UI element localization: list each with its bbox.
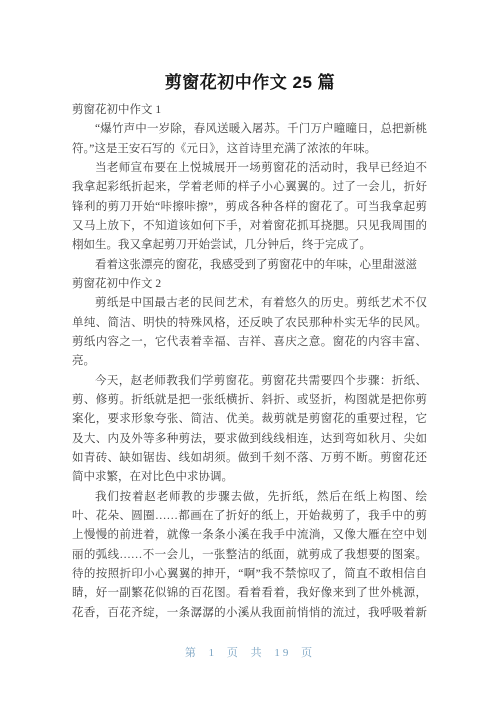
document-title: 剪窗花初中作文 25 篇: [0, 71, 500, 95]
text-line: 如青砖、缺如锯齿、线如胡须。做到千刻不落、万剪不断。剪窗花还需要色彩: [72, 449, 427, 468]
text-line: 栩如生。我又拿起剪刀开始尝试，几分钟后，终于完成了。: [72, 236, 427, 255]
text-line: 待的按照折印小心翼翼的抻开，“啊”我不禁惊叹了，简直不敢相信自己的眼: [72, 565, 427, 584]
essay-body: 剪窗花初中作文 1“爆竹声中一岁除，春风送暖入屠苏。千门万户曈曈日，总把新桃换旧…: [72, 101, 427, 623]
text-line: “爆竹声中一岁除，春风送暖入屠苏。千门万户曈曈日，总把新桃换旧: [72, 120, 427, 139]
text-line: 我们按着赵老师教的步骤去做，先折纸，然后在纸上构图、绘画。我把树: [72, 488, 427, 507]
text-line: 今天，赵老师教我们学剪窗花。剪窗花共需要四个步骤：折纸、画图、裁: [72, 372, 427, 391]
text-line: 及大、内及外等多种剪法，要求做到线线相连，达到弯如秋月、尖如麦芒、方: [72, 430, 427, 449]
text-line: 花香，百花齐绽，一条潺潺的小溪从我面前悄悄的流过，我呼吸着新鲜的空: [72, 604, 427, 623]
text-line: 剪纸是中国最古老的民间艺术，有着悠久的历史。剪纸艺术不仅有浑厚、: [72, 294, 427, 313]
document-page: 剪窗花初中作文 25 篇 剪窗花初中作文 1“爆竹声中一岁除，春风送暖入屠苏。千…: [0, 0, 500, 707]
text-line: 叶、花朵、圆圈……都画在了折好的纸上，开始裁剪了，我手中的剪刀，在纸: [72, 507, 427, 526]
text-line: 简中求繁，在对比色中求协调。: [72, 468, 427, 487]
essay-heading-line: 剪窗花初中作文 1: [72, 101, 427, 120]
text-line: 符。”这是王安石写的《元日》，这首诗里充满了浓浓的年味。: [72, 140, 427, 159]
text-line: 剪、修剪。折纸就是把一张纸横折、斜折、或竖折，构图就是把你剪的窗花图: [72, 391, 427, 410]
text-line: 我拿起彩纸折起来，学着老师的样子小心翼翼的。过了一会儿，折好了，该用: [72, 178, 427, 197]
text-line: 剪纸内容之一，它代表着幸福、吉祥、喜庆之意。窗花的内容丰富、色彩明: [72, 333, 427, 352]
page-indicator: 第 1 页 共 19 页: [0, 645, 500, 661]
text-line: 看着这张漂亮的窗花，我感受到了剪窗花中的年味，心里甜滋滋的！: [72, 256, 427, 275]
text-line: 案化，要求形象夸张、简洁、优美。裁剪就是剪窗花的重要过程，它可以由小: [72, 410, 427, 429]
text-line: 锋利的剪刀开始“咔擦咔擦”，剪成各种各样的窗花了。可当我拿起剪刀时，我: [72, 198, 427, 217]
text-line: 上慢慢的前进着，就像一条条小溪在我手中流淌，又像大雁在空中划过一条美: [72, 526, 427, 545]
text-line: 亮。: [72, 352, 427, 371]
text-line: 单纯、简洁、明快的特殊风格，还反映了农民那种朴实无华的民风。窗花就是: [72, 314, 427, 333]
text-line: 当老师宣布要在上悦城展开一场剪窗花的活动时，我早已经迫不及待了。: [72, 159, 427, 178]
essay-heading-line: 剪窗花初中作文 2: [72, 275, 427, 294]
text-line: 又马上放下，不知道该如何下手，对着窗花抓耳挠腮。只见我周围的人剪得栩: [72, 217, 427, 236]
text-line: 睛，好一副繁花似锦的百花图。看着看着，我好像来到了世外桃源，这里鸟语: [72, 584, 427, 603]
text-line: 丽的弧线……不一会儿，一张整洁的纸面，就剪成了我想要的图案。我迫不及: [72, 546, 427, 565]
